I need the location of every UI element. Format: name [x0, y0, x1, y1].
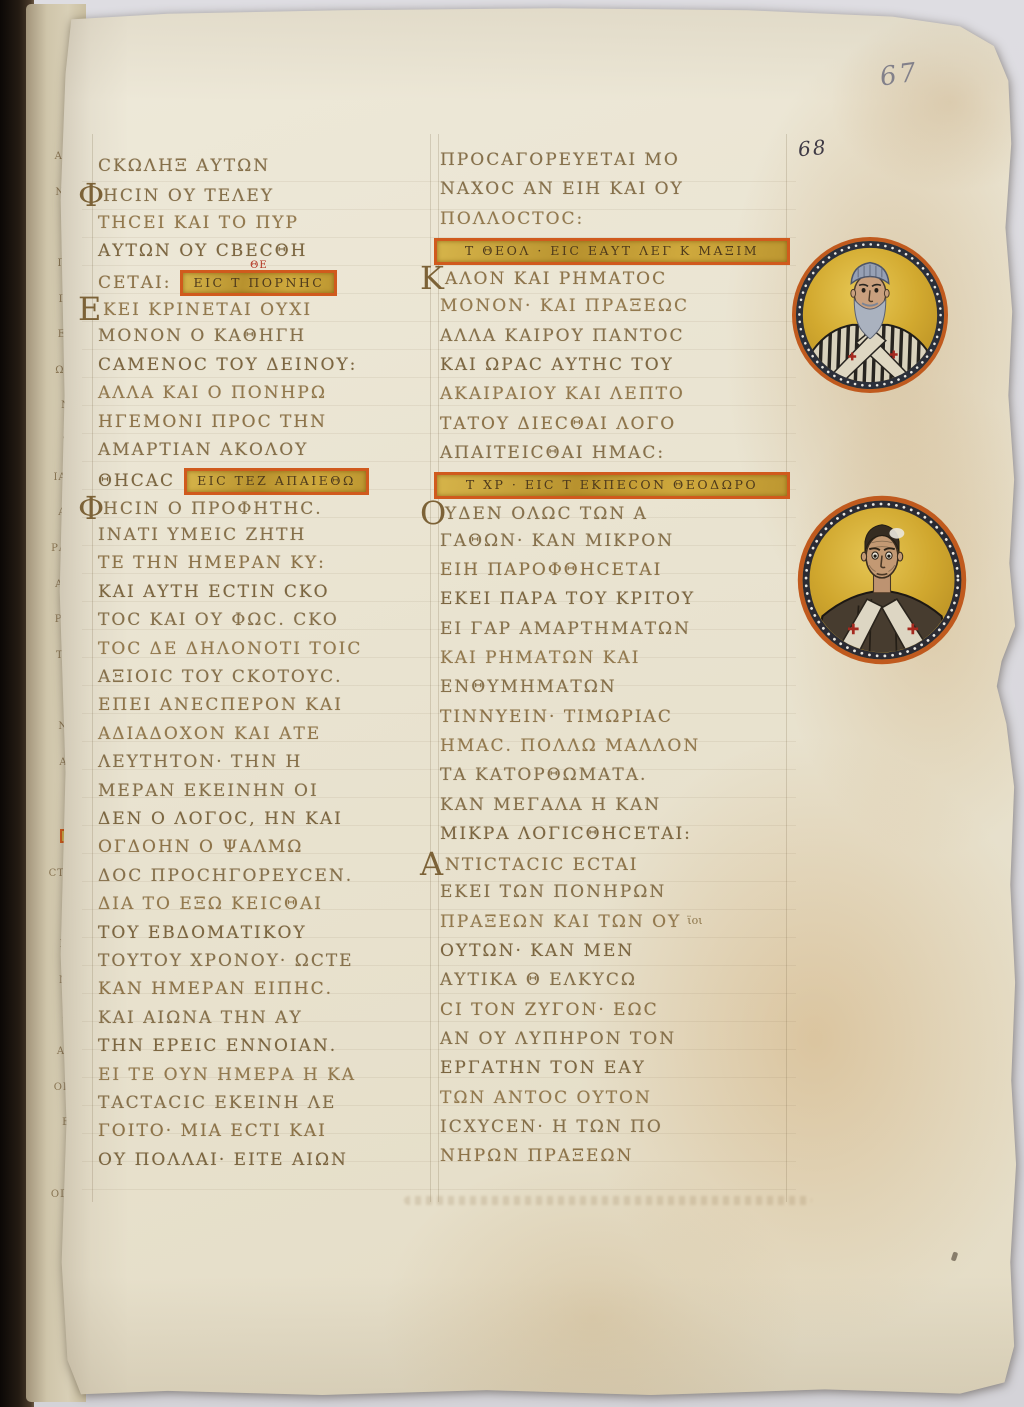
portrait-medallion-monk-icon: [791, 236, 949, 394]
greek-text-line: ΕΚΕΙ ΤΩΝ ΠΟΝΗΡΩΝ: [440, 882, 666, 902]
greek-text-line: ΛΕΥΤΗΤΟΝ· ΤΗΝ Η: [98, 752, 302, 772]
parchment-page-wrap: 67 68 ϹΚΩΛΗΞ ΑΥΤΩΝΦΗϹΙΝ ΟΥ ΤΕΛΕΥΤΗϹΕΙ ΚΑ…: [52, 4, 1018, 1402]
rubric-superscript: ΘΕ: [250, 260, 268, 273]
text-line: ΙϹΧΥϹΕΝ· Η ΤΩΝ ΠΟ: [440, 1117, 786, 1146]
marginal-gloss: ϊοι: [687, 914, 702, 927]
text-line: ΤΟϹ ΚΑΙ ΟΥ ΦΩϹ. ϹΚΟ: [98, 610, 432, 638]
text-line: ΕΙ ΓΑΡ ΑΜΑΡΤΗΜΑΤΩΝ: [440, 619, 786, 648]
text-line: ΤΟΥ ΕΒΔΟΜΑΤΙΚΟΥ: [98, 923, 432, 951]
greek-text-line: ϹΑΜΕΝΟϹ ΤΟΥ ΔΕΙΝΟΥ:: [98, 355, 357, 375]
text-line: ΤΕ ΤΗΝ ΗΜΕΡΑΝ ΚΥ:: [98, 553, 432, 581]
text-line: ΕΙ ΤΕ ΟΥΝ ΗΜΕΡΑ Η ΚΑ: [98, 1065, 432, 1093]
decorated-initial: Ο: [420, 502, 442, 524]
greek-text-line: ΜΟΝΟΝ· ΚΑΙ ΠΡΑΞΕΩϹ: [440, 296, 689, 316]
greek-text-line: ΙΝΑΤΙ ΥΜΕΙϹ ΖΗΤΗ: [98, 525, 306, 545]
text-line: ΓΟΙΤΟ· ΜΙΑ ΕϹΤΙ ΚΑΙ: [98, 1121, 432, 1149]
text-line: ΑΥΤΙΚΑ Θ ΕΛΚΥϹΩ: [440, 970, 786, 999]
greek-text-line: ΚΑΙ ΑΙΩΝΑ ΤΗΝ ΑΥ: [98, 1008, 303, 1028]
decorated-initial: Κ: [420, 267, 442, 289]
column-guide-line: [786, 134, 787, 1202]
text-line: ΔΕΝ Ο ΛΟΓΟϹ, ΗΝ ΚΑΙ: [98, 809, 432, 837]
greek-text-line: ΤΩΝ ΑΝΤΟϹ ΟΥΤΟΝ: [440, 1088, 652, 1108]
decorated-initial: Φ: [78, 497, 100, 519]
greek-text-line: ΑΛΛΑ ΚΑΙΡΟΥ ΠΑΝΤΟϹ: [440, 326, 684, 346]
greek-text-line: ΚΑΙ ΑΥΤΗ ΕϹΤΙΝ ϹΚΟ: [98, 582, 330, 602]
text-line: ΤΩΝ ΑΝΤΟϹ ΟΥΤΟΝ: [440, 1088, 786, 1117]
decorated-initial: Φ: [78, 184, 100, 206]
greek-text-line: ΑΔΙΑΔΟΧΟΝ ΚΑΙ ΑΤΕ: [98, 724, 321, 744]
text-line: ΔΟϹ ΠΡΟϹΗΓΟΡΕΥϹΕΝ.: [98, 866, 432, 894]
ink-speck: [951, 1251, 959, 1261]
greek-text-line: ΚΑΝ ΜΕΓΑΛΑ Η ΚΑΝ: [440, 795, 661, 815]
folio-number-ink: 68: [797, 135, 828, 161]
text-line: ΚΑΛΟΝ ΚΑΙ ΡΗΜΑΤΟϹ: [440, 267, 786, 296]
greek-text-line: ΚΑΙ ΡΗΜΑΤΩΝ ΚΑΙ: [440, 648, 640, 668]
text-line: ΑΠΑΙΤΕΙϹΘΑΙ ΗΜΑϹ:: [440, 443, 786, 472]
text-line: ΑΛΛΑ ΚΑΙ Ο ΠΟΝΗΡΩ: [98, 383, 432, 411]
text-line: ΛΕΥΤΗΤΟΝ· ΤΗΝ Η: [98, 752, 432, 780]
greek-text-line: ΤΟΥΤΟΥ ΧΡΟΝΟΥ· ΩϹΤΕ: [98, 951, 354, 971]
text-line: ΟΥΔΕΝ ΟΛΩϹ ΤΩΝ Α: [440, 502, 786, 531]
text-line: ΚΑΝ ΜΕΓΑΛΑ Η ΚΑΝ: [440, 795, 786, 824]
greek-text-line: ΥΔΕΝ ΟΛΩϹ ΤΩΝ Α: [445, 504, 648, 524]
text-line: ΗΓΕΜΟΝΙ ΠΡΟϹ ΤΗΝ: [98, 412, 432, 440]
text-line: ΙΝΑΤΙ ΥΜΕΙϹ ΖΗΤΗ: [98, 525, 432, 553]
greek-text-line: ϹΙ ΤΟΝ ΖΥΓΟΝ· ΕΩϹ: [440, 1000, 659, 1020]
text-line: ΤΗϹΕΙ ΚΑΙ ΤΟ ΠΥΡ: [98, 213, 432, 241]
greek-text-line: ϹΚΩΛΗΞ ΑΥΤΩΝ: [98, 156, 270, 176]
greek-text-line: ΗΜΑϹ. ΠΟΛΛΩ ΜΑΛΛΟΝ: [440, 736, 700, 756]
text-line: ΝΗΡΩΝ ΠΡΑΞΕΩΝ: [440, 1146, 786, 1175]
decorated-initial: Ε: [78, 298, 100, 320]
text-line: ΤΗΝ ΕΡΕΙϹ ΕΝΝΟΙΑΝ.: [98, 1036, 432, 1064]
greek-text-line: ΔΙΑ ΤΟ ΕΞΩ ΚΕΙϹΘΑΙ: [98, 894, 323, 914]
greek-text-line: ΕΙ ΓΑΡ ΑΜΑΡΤΗΜΑΤΩΝ: [440, 619, 691, 639]
greek-text-line: ΔΕΝ Ο ΛΟΓΟϹ, ΗΝ ΚΑΙ: [98, 809, 343, 829]
greek-text-line: ΕΡΓΑΤΗΝ ΤΟΝ ΕΑΥ: [440, 1058, 646, 1078]
greek-text-line: ΟΓΔΟΗΝ Ο ΨΑΛΜΩ: [98, 837, 303, 857]
greek-text-line: ΠΡΟϹΑΓΟΡΕΥΕΤΑΙ ΜΟ: [440, 150, 680, 170]
greek-text-line: ΗϹΙΝ Ο ΠΡΟΦΗΤΗϹ.: [103, 499, 323, 519]
greek-text-line: ΝΑΧΟϹ ΑΝ ΕΙΗ ΚΑΙ ΟΥ: [440, 179, 684, 199]
text-line: ΤΙΝΝΥΕΙΝ· ΤΙΜΩΡΙΑϹ: [440, 707, 786, 736]
greek-text-line: ΜΟΝΟΝ Ο ΚΑΘΗΓΗ: [98, 326, 306, 346]
text-line: ΕΝΘΥΜΗΜΑΤΩΝ: [440, 677, 786, 706]
text-line: ΠΡΑΞΕΩΝ ΚΑΙ ΤΩΝ ΟΥϊοι: [440, 912, 786, 941]
greek-text-line: ΟΥ ΠΟΛΛΑΙ· ΕΙΤΕ ΑΙΩΝ: [98, 1150, 348, 1170]
rubric-label: ΕΙϹ ΤΕΖ ΑΠΑΙΕΘΩ: [184, 468, 369, 495]
text-line: ΚΑΙ ΑΙΩΝΑ ΤΗΝ ΑΥ: [98, 1008, 432, 1036]
greek-text-line: ΝΤΙϹΤΑϹΙϹ ΕϹΤΑΙ: [445, 855, 638, 875]
text-line: ΤΑΤΟΥ ΔΙΕϹΘΑΙ ΛΟΓΟ: [440, 414, 786, 443]
rubric-label: ΘΕΕΙϹ Τ ΠΟΡΝΗϹ: [180, 270, 337, 297]
text-line: ΕΡΓΑΤΗΝ ΤΟΝ ΕΑΥ: [440, 1058, 786, 1087]
text-line: ΚΑΙ ΑΥΤΗ ΕϹΤΙΝ ϹΚΟ: [98, 582, 432, 610]
faded-marginal-inscription: [404, 1196, 812, 1205]
greek-text-line: ΤΗΝ ΕΡΕΙϹ ΕΝΝΟΙΑΝ.: [98, 1036, 337, 1056]
greek-text-line: ΘΗϹΑϹ: [98, 471, 175, 491]
folio-number-pencil: 67: [878, 57, 921, 92]
greek-text-line: ΑΥΤΩΝ ΟΥ ϹΒΕϹΘΗ: [98, 241, 307, 261]
greek-text-line: ΜΕΡΑΝ ΕΚΕΙΝΗΝ ΟΙ: [98, 781, 319, 801]
text-line: ΟΥΤΩΝ· ΚΑΝ ΜΕΝ: [440, 941, 786, 970]
text-line: ΚΑΙ ΩΡΑϹ ΑΥΤΗϹ ΤΟΥ: [440, 355, 786, 384]
greek-text-line: ΟΥΤΩΝ· ΚΑΝ ΜΕΝ: [440, 941, 634, 961]
text-line: ΑΜΑΡΤΙΑΝ ΑΚΟΛΟΥ: [98, 440, 432, 468]
text-line: ΘΗϹΑϹΕΙϹ ΤΕΖ ΑΠΑΙΕΘΩ: [98, 468, 432, 496]
greek-text-line: ΑΠΑΙΤΕΙϹΘΑΙ ΗΜΑϹ:: [440, 443, 665, 463]
rubric-label: Τ ΘΕΟΛ · ΕΙϹ ΕΑΥΤ ΛΕΓ Κ ΜΑΞΙΜ: [434, 238, 790, 265]
greek-text-line: ΕΠΕΙ ΑΝΕϹΠΕΡΟΝ ΚΑΙ: [98, 695, 343, 715]
greek-text-line: ΠΡΑΞΕΩΝ ΚΑΙ ΤΩΝ ΟΥ: [440, 912, 681, 932]
text-line: ΔΙΑ ΤΟ ΕΞΩ ΚΕΙϹΘΑΙ: [98, 894, 432, 922]
text-line: ΑΔΙΑΔΟΧΟΝ ΚΑΙ ΑΤΕ: [98, 724, 432, 752]
text-line: ΟΥ ΠΟΛΛΑΙ· ΕΙΤΕ ΑΙΩΝ: [98, 1150, 432, 1178]
greek-text-line: ΑΞΙΟΙϹ ΤΟΥ ϹΚΟΤΟΥϹ.: [98, 667, 342, 687]
greek-text-line: ΤΗϹΕΙ ΚΑΙ ΤΟ ΠΥΡ: [98, 213, 299, 233]
text-line: ΤΟΥΤΟΥ ΧΡΟΝΟΥ· ΩϹΤΕ: [98, 951, 432, 979]
greek-text-line: ΚΑΙ ΩΡΑϹ ΑΥΤΗϹ ΤΟΥ: [440, 355, 674, 375]
text-line: ΤΑϹΤΑϹΙϹ ΕΚΕΙΝΗ ΛΕ: [98, 1093, 432, 1121]
greek-text-line: ΤΙΝΝΥΕΙΝ· ΤΙΜΩΡΙΑϹ: [440, 707, 673, 727]
rubric-text: ΕΙϹ ΤΕΖ ΑΠΑΙΕΘΩ: [197, 473, 356, 488]
greek-text-line: ΤΟΥ ΕΒΔΟΜΑΤΙΚΟΥ: [98, 923, 307, 943]
text-line: ΑΚΑΙΡΑΙΟΥ ΚΑΙ ΛΕΠΤΟ: [440, 384, 786, 413]
greek-text-line: ΑΜΑΡΤΙΑΝ ΑΚΟΛΟΥ: [98, 440, 308, 460]
text-line: ΝΑΧΟϹ ΑΝ ΕΙΗ ΚΑΙ ΟΥ: [440, 179, 786, 208]
greek-text-line: ΙϹΧΥϹΕΝ· Η ΤΩΝ ΠΟ: [440, 1117, 663, 1137]
greek-text-line: ΔΟϹ ΠΡΟϹΗΓΟΡΕΥϹΕΝ.: [98, 866, 353, 886]
greek-text-line: ΤΟϹ ΚΑΙ ΟΥ ΦΩϹ. ϹΚΟ: [98, 610, 339, 630]
text-line: ΦΗϹΙΝ Ο ΠΡΟΦΗΤΗϹ.: [98, 497, 432, 525]
rubric-label: Τ ΧΡ · ΕΙϹ Τ ΕΚΠΕϹΟΝ ΘΕΟΔΩΡΟ: [434, 472, 790, 499]
text-line: ΦΗϹΙΝ ΟΥ ΤΕΛΕΥ: [98, 184, 432, 212]
text-line: ΜΟΝΟΝ· ΚΑΙ ΠΡΑΞΕΩϹ: [440, 296, 786, 325]
greek-text-line: ΕΙ ΤΕ ΟΥΝ ΗΜΕΡΑ Η ΚΑ: [98, 1065, 356, 1085]
greek-text-line: ϹΕΤΑΙ:: [98, 273, 171, 293]
greek-text-line: ΜΙΚΡΑ ΛΟΓΙϹΘΗϹΕΤΑΙ:: [440, 824, 692, 844]
rubric-row: Τ ΧΡ · ΕΙϹ Τ ΕΚΠΕϹΟΝ ΘΕΟΔΩΡΟ: [440, 472, 786, 501]
text-line: ϹΙ ΤΟΝ ΖΥΓΟΝ· ΕΩϹ: [440, 1000, 786, 1029]
greek-text-line: ΓΑΘΩΝ· ΚΑΝ ΜΙΚΡΟΝ: [440, 531, 674, 551]
greek-text-line: ΑΚΑΙΡΑΙΟΥ ΚΑΙ ΛΕΠΤΟ: [440, 384, 685, 404]
greek-text-line: ΤΑΤΟΥ ΔΙΕϹΘΑΙ ΛΟΓΟ: [440, 414, 676, 434]
text-line: ΤΟϹ ΔΕ ΔΗΛΟΝΟΤΙ ΤΟΙϹ: [98, 639, 432, 667]
text-line: ΜΟΝΟΝ Ο ΚΑΘΗΓΗ: [98, 326, 432, 354]
rubric-text: ΕΙϹ Τ ΠΟΡΝΗϹ: [193, 275, 324, 290]
text-line: ΕΙΗ ΠΑΡΟΦΘΗϹΕΤΑΙ: [440, 560, 786, 589]
portrait-medallion-bishop-icon: [797, 495, 967, 665]
text-line: ϹΕΤΑΙ:ΘΕΕΙϹ Τ ΠΟΡΝΗϹ: [98, 270, 432, 298]
greek-text-line: ΤΑ ΚΑΤΟΡΘΩΜΑΤΑ.: [440, 765, 647, 785]
greek-text-line: ΓΟΙΤΟ· ΜΙΑ ΕϹΤΙ ΚΑΙ: [98, 1121, 327, 1141]
text-column-right: ΠΡΟϹΑΓΟΡΕΥΕΤΑΙ ΜΟΝΑΧΟϹ ΑΝ ΕΙΗ ΚΑΙ ΟΥΠΟΛΛ…: [440, 150, 786, 1175]
greek-text-line: ΕΙΗ ΠΑΡΟΦΘΗϹΕΤΑΙ: [440, 560, 662, 580]
text-line: ΕΚΕΙ ΚΡΙΝΕΤΑΙ ΟΥΧΙ: [98, 298, 432, 326]
text-line: ΜΙΚΡΑ ΛΟΓΙϹΘΗϹΕΤΑΙ:: [440, 824, 786, 853]
decorated-initial: Α: [420, 853, 442, 875]
greek-text-line: ΠΟΛΛΟϹΤΟϹ:: [440, 209, 584, 229]
text-line: ΟΓΔΟΗΝ Ο ΨΑΛΜΩ: [98, 837, 432, 865]
text-line: ϹΚΩΛΗΞ ΑΥΤΩΝ: [98, 156, 432, 184]
rubric-row: Τ ΘΕΟΛ · ΕΙϹ ΕΑΥΤ ΛΕΓ Κ ΜΑΞΙΜ: [440, 238, 786, 267]
text-line: ΤΑ ΚΑΤΟΡΘΩΜΑΤΑ.: [440, 765, 786, 794]
greek-text-line: ΕΝΘΥΜΗΜΑΤΩΝ: [440, 677, 617, 697]
text-line: ΚΑΝ ΗΜΕΡΑΝ ΕΙΠΗϹ.: [98, 979, 432, 1007]
text-line: ΜΕΡΑΝ ΕΚΕΙΝΗΝ ΟΙ: [98, 781, 432, 809]
manuscript-photo: ΑΙϹΥΝΦΗΘΠΟΥΓΗΤΕΝΑΩΝΗΝΑΙΤΑΙΙΑΤΗΑΡΝΡΑϹΕΑΙΧ…: [0, 0, 1024, 1407]
text-line: ΠΟΛΛΟϹΤΟϹ:: [440, 209, 786, 238]
text-line: ΗΜΑϹ. ΠΟΛΛΩ ΜΑΛΛΟΝ: [440, 736, 786, 765]
text-line: ΠΡΟϹΑΓΟΡΕΥΕΤΑΙ ΜΟ: [440, 150, 786, 179]
text-line: ΑΝΤΙϹΤΑϹΙϹ ΕϹΤΑΙ: [440, 853, 786, 882]
greek-text-line: ΗΓΕΜΟΝΙ ΠΡΟϹ ΤΗΝ: [98, 412, 327, 432]
text-line: ϹΑΜΕΝΟϹ ΤΟΥ ΔΕΙΝΟΥ:: [98, 355, 432, 383]
greek-text-line: ΑΥΤΙΚΑ Θ ΕΛΚΥϹΩ: [440, 970, 637, 990]
greek-text-line: ΗϹΙΝ ΟΥ ΤΕΛΕΥ: [103, 186, 274, 206]
greek-text-line: ΑΛΛΑ ΚΑΙ Ο ΠΟΝΗΡΩ: [98, 383, 327, 403]
text-line: ΑΝ ΟΥ ΛΥΠΗΡΟΝ ΤΟΝ: [440, 1029, 786, 1058]
text-line: ΕΠΕΙ ΑΝΕϹΠΕΡΟΝ ΚΑΙ: [98, 695, 432, 723]
text-line: ΕΚΕΙ ΠΑΡΑ ΤΟΥ ΚΡΙΤΟΥ: [440, 589, 786, 618]
greek-text-line: ΤΟϹ ΔΕ ΔΗΛΟΝΟΤΙ ΤΟΙϹ: [98, 639, 362, 659]
greek-text-line: ΤΕ ΤΗΝ ΗΜΕΡΑΝ ΚΥ:: [98, 553, 326, 573]
text-column-left: ϹΚΩΛΗΞ ΑΥΤΩΝΦΗϹΙΝ ΟΥ ΤΕΛΕΥΤΗϹΕΙ ΚΑΙ ΤΟ Π…: [98, 156, 432, 1178]
text-line: ΑΛΛΑ ΚΑΙΡΟΥ ΠΑΝΤΟϹ: [440, 326, 786, 355]
greek-text-line: ΝΗΡΩΝ ΠΡΑΞΕΩΝ: [440, 1146, 633, 1166]
greek-text-line: ΑΝ ΟΥ ΛΥΠΗΡΟΝ ΤΟΝ: [440, 1029, 676, 1049]
greek-text-line: ΕΚΕΙ ΠΑΡΑ ΤΟΥ ΚΡΙΤΟΥ: [440, 589, 695, 609]
text-line: ΕΚΕΙ ΤΩΝ ΠΟΝΗΡΩΝ: [440, 882, 786, 911]
greek-text-line: ΚΕΙ ΚΡΙΝΕΤΑΙ ΟΥΧΙ: [103, 300, 312, 320]
greek-text-line: ΤΑϹΤΑϹΙϹ ΕΚΕΙΝΗ ΛΕ: [98, 1093, 336, 1113]
text-line: ΑΞΙΟΙϹ ΤΟΥ ϹΚΟΤΟΥϹ.: [98, 667, 432, 695]
text-line: ΚΑΙ ΡΗΜΑΤΩΝ ΚΑΙ: [440, 648, 786, 677]
greek-text-line: ΑΛΟΝ ΚΑΙ ΡΗΜΑΤΟϹ: [445, 269, 667, 289]
text-line: ΓΑΘΩΝ· ΚΑΝ ΜΙΚΡΟΝ: [440, 531, 786, 560]
greek-text-line: ΚΑΝ ΗΜΕΡΑΝ ΕΙΠΗϹ.: [98, 979, 333, 999]
parchment-page: 67 68 ϹΚΩΛΗΞ ΑΥΤΩΝΦΗϹΙΝ ΟΥ ΤΕΛΕΥΤΗϹΕΙ ΚΑ…: [52, 4, 1018, 1402]
